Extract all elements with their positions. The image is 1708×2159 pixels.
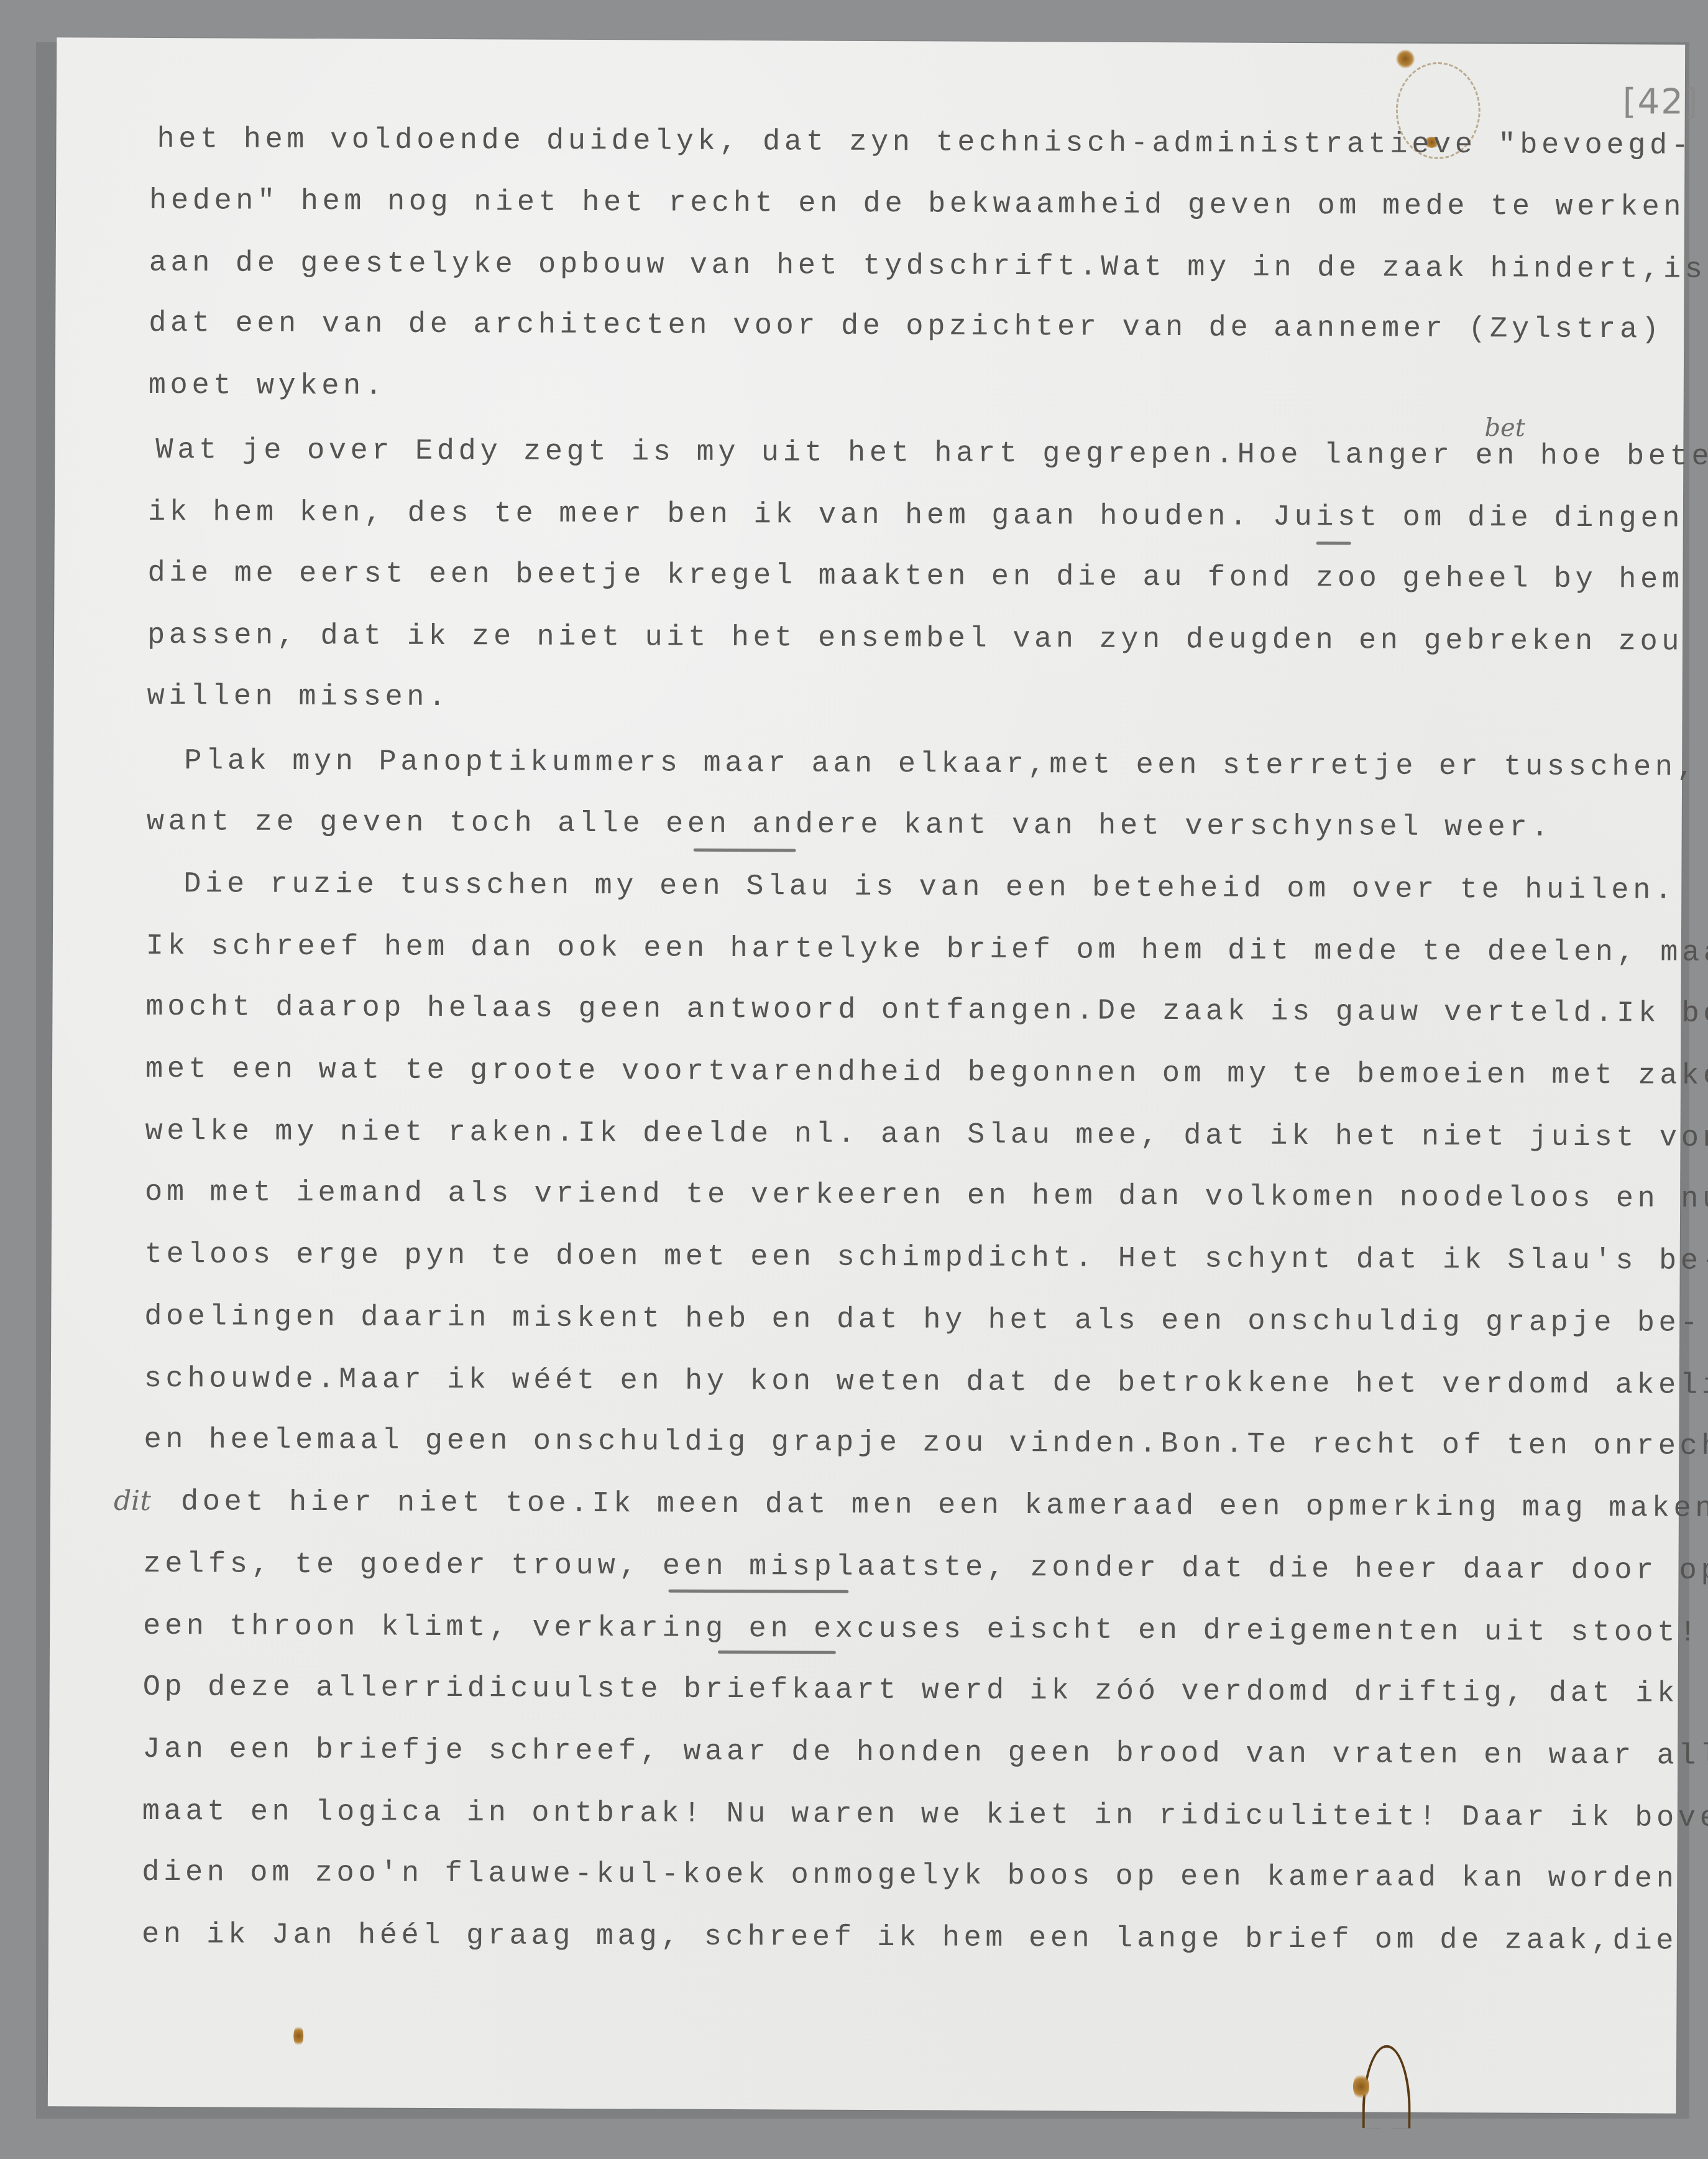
text-line: Op deze allerridicuulste briefkaart werd… [143, 1673, 1679, 1709]
handwritten-correction: bet [1484, 413, 1525, 442]
text-line: schouwde.Maar ik wéét en hy kon weten da… [144, 1365, 1708, 1401]
text-line: Wat je over Eddy zegt is my uit het hart… [155, 436, 1708, 472]
text-line: aan de geestelyke opbouw van het tydschr… [149, 249, 1707, 285]
underline-mark [668, 1590, 848, 1593]
text-line: Die ruzie tusschen my een Slau is van ee… [183, 870, 1676, 905]
text-line: een throon klimt, verkaring en excuses e… [143, 1612, 1701, 1648]
text-line: heden" hem nog niet het recht en de bekw… [149, 186, 1685, 223]
text-line: dien om zoo'n flauwe-kul-koek onmogelyk … [142, 1858, 1678, 1894]
text-line: doelingen daarin miskent heb en dat hy h… [144, 1302, 1702, 1338]
text-line: want ze geven toch alle een andere kant … [147, 808, 1553, 843]
text-line: Plak myn Panoptikummers maar aan elkaar,… [184, 747, 1699, 783]
handwritten-margin-note: dit [114, 1485, 151, 1517]
rust-spot-icon [1396, 50, 1415, 68]
typewritten-letter-page: [42] het hem voldoende duidelyk, dat zyn… [48, 37, 1685, 2113]
text-line: moet wyken. [149, 371, 387, 402]
underline-mark [718, 1650, 836, 1654]
text-line: zelfs, te goeder trouw, een misplaatste,… [143, 1550, 1708, 1586]
rust-spot-icon [293, 2025, 303, 2047]
text-line: mocht daarop helaas geen antwoord ontfan… [145, 993, 1708, 1029]
text-line: en heelemaal geen onschuldig grapje zou … [144, 1425, 1708, 1462]
underline-mark [694, 849, 796, 852]
text-line: doet hier niet toe.Ik meen dat men een k… [181, 1488, 1708, 1524]
text-line: dat een van de architecten voor de opzic… [149, 309, 1663, 345]
text-line: maat en logica in ontbrak! Nu waren we k… [142, 1797, 1708, 1833]
text-line: teloos erge pyn te doen met een schimpdi… [145, 1240, 1708, 1276]
text-line: welke my niet raken.Ik deelde nl. aan Sl… [145, 1117, 1708, 1153]
text-line: om met iemand als vriend te verkeeren en… [145, 1178, 1708, 1214]
paperclip-stain-mark [1362, 2045, 1412, 2128]
page-number-annotation: [42] [1623, 81, 1699, 122]
text-line: willen missen. [147, 682, 450, 712]
rust-spot-icon [1353, 2073, 1369, 2100]
text-line: het hem voldoende duidelyk, dat zyn tech… [157, 125, 1692, 161]
text-line: die me eerst een beetje kregel maakten e… [147, 559, 1683, 595]
text-line: passen, dat ik ze niet uit het ensembel … [147, 621, 1683, 657]
text-line: met een wat te groote voortvarendheid be… [145, 1055, 1708, 1091]
text-line: Jan een briefje schreef, waar de honden … [142, 1735, 1708, 1771]
text-line: ik hem ken, des te meer ben ik van hem g… [148, 498, 1684, 534]
underline-mark [1316, 541, 1351, 545]
text-line: en ik Jan héél graag mag, schreef ik hem… [142, 1920, 1678, 1956]
text-line: Ik schreef hem dan ook een hartelyke bri… [146, 932, 1708, 968]
